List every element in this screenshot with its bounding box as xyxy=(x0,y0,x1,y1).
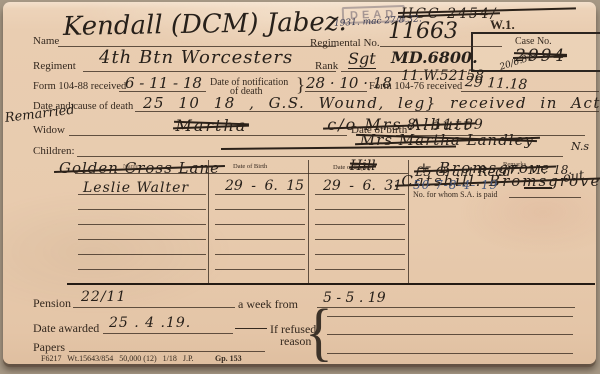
record-card: DEAD HCC 2454/ 1931. mac 27/8.32. W.1. C… xyxy=(3,2,596,364)
rule xyxy=(77,156,563,157)
sa-paid-label: No. for whom S.A. is paid xyxy=(413,190,497,199)
dash-mark xyxy=(235,328,267,329)
table-column-divider xyxy=(408,160,409,283)
rule xyxy=(315,269,405,270)
rule xyxy=(327,334,573,335)
table-column-divider xyxy=(208,160,209,283)
regiment-label: Regiment xyxy=(33,60,76,72)
name-label: Name xyxy=(33,35,59,47)
rule xyxy=(215,269,305,270)
rule xyxy=(103,333,233,334)
rule xyxy=(78,269,206,270)
rank-label: Rank xyxy=(315,60,338,72)
regiment-value: 4th Btn Worcesters xyxy=(99,47,293,68)
rule xyxy=(215,194,305,195)
date-awarded-label: Date awarded xyxy=(33,321,99,336)
rule xyxy=(78,254,206,255)
grant-flourish: out xyxy=(562,168,585,186)
rule xyxy=(327,316,573,317)
papers-label: Papers xyxy=(33,340,65,355)
table-header-name: Name xyxy=(123,163,139,170)
rule xyxy=(78,194,206,195)
rule xyxy=(69,351,265,352)
pension-value: 22/11 xyxy=(81,289,126,305)
form-104-88-value: 6 - 11 - 18 xyxy=(125,74,202,92)
rule xyxy=(78,209,206,210)
rule xyxy=(315,194,405,195)
table-row-child-dob: 29 - 6. 15 xyxy=(225,178,304,194)
rule xyxy=(69,135,347,136)
print-imprint-group: Gp. 153 xyxy=(215,354,242,363)
regimental-no-value: 11663 xyxy=(388,19,458,44)
rule xyxy=(83,71,336,72)
form-104-76-label: Form 104-76 received xyxy=(369,81,462,92)
table-header-date-of-expiry: Date of Expiry xyxy=(333,164,372,171)
regimental-no-label: Regimental No. xyxy=(310,37,380,49)
name-value: Kendall (DCM) Jabez. xyxy=(63,7,347,42)
rule xyxy=(78,224,206,225)
rule xyxy=(461,91,599,92)
case-no-box: Case No. 2994 xyxy=(471,32,600,72)
pension-label: Pension xyxy=(33,296,71,311)
table-column-divider xyxy=(308,160,309,283)
rule xyxy=(315,224,405,225)
remarried-margin-note: Remarried xyxy=(4,103,75,126)
children-address-value: Golden Cross Lane xyxy=(59,159,220,177)
rule xyxy=(380,46,502,47)
form-code: W.1. xyxy=(490,17,515,33)
rule xyxy=(215,209,305,210)
rule xyxy=(73,307,235,308)
rule xyxy=(509,197,581,198)
reason-brace: { xyxy=(305,294,333,369)
rule xyxy=(327,353,573,354)
rule xyxy=(215,254,305,255)
death-value: 25 10 18 , G.S. Wound, leg} received in … xyxy=(143,94,600,112)
form-104-88-label: Form 104-88 received xyxy=(33,81,126,92)
rule xyxy=(315,239,405,240)
widow-label: Widow xyxy=(33,124,65,136)
dash-mark xyxy=(524,187,552,189)
table-row-child-expiry: 29 - 6. 31 xyxy=(323,178,402,194)
widow-name-value: Martha xyxy=(175,116,247,135)
table-header-rule xyxy=(75,173,408,174)
ns-mark: N.s xyxy=(571,140,589,153)
form-104-76-value: 29 11.18 xyxy=(465,74,528,93)
children-label: Children: xyxy=(33,145,75,157)
rule xyxy=(317,307,575,308)
print-imprint: F6217 Wt.15643/854 50,000 (12) 1/18 J.P. xyxy=(41,354,194,363)
week-from-label: a week from xyxy=(238,297,298,312)
service-number-note: MD.6800. xyxy=(391,48,478,67)
table-header-date-of-birth: Date of Birth xyxy=(233,163,267,170)
table-bottom-rule xyxy=(67,283,595,285)
date-awarded-value: 25 . 4 .19. xyxy=(109,315,191,331)
rule xyxy=(315,209,405,210)
rule xyxy=(315,254,405,255)
rule xyxy=(78,239,206,240)
rank-value: Sgt xyxy=(348,49,376,69)
rule xyxy=(215,239,305,240)
rule xyxy=(215,224,305,225)
